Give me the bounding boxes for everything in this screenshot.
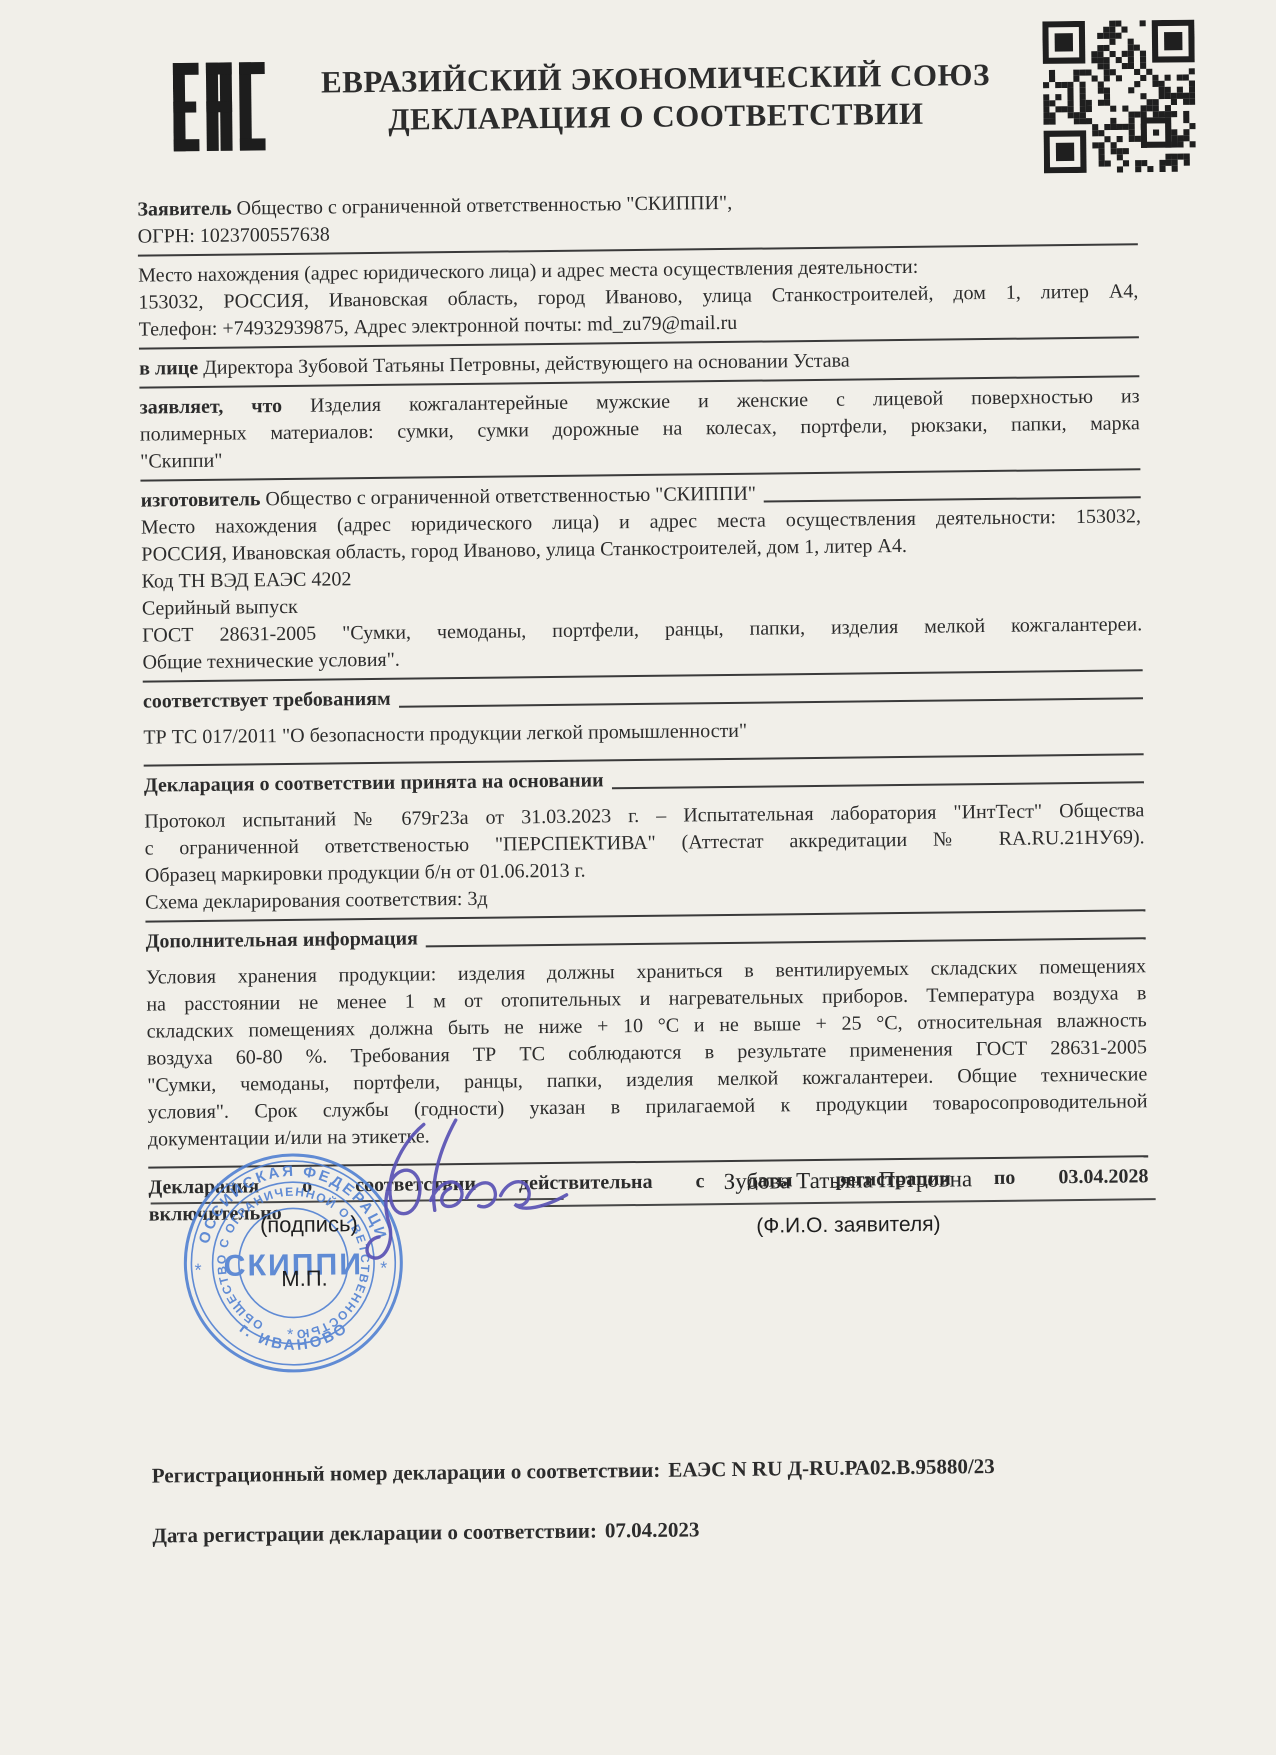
registration-date-label: Дата регистрации декларации о соответств… xyxy=(152,1519,597,1548)
applicant-section: Заявитель Общество с ограниченной ответс… xyxy=(137,182,1138,256)
manufacturer-label: изготовитель xyxy=(141,488,261,511)
applicant-label: Заявитель xyxy=(137,198,231,221)
document-header: ЕВРАЗИЙСКИЙ ЭКОНОМИЧЕСКИЙ СОЮЗ ДЕКЛАРАЦИ… xyxy=(278,55,1034,140)
document-body: Заявитель Общество с ограниченной ответс… xyxy=(137,182,1149,1228)
complies-section: соответствует требованиям ТР ТС 017/2011… xyxy=(143,671,1144,766)
basis-section: Декларация о соответствии принята на осн… xyxy=(144,755,1146,922)
registration-date-value: 07.04.2023 xyxy=(597,1517,700,1542)
additional-section: Дополнительная информация Условия хранен… xyxy=(145,911,1148,1168)
registration-date-row: Дата регистрации декларации о соответств… xyxy=(152,1512,1212,1549)
person-line: в лице Директора Зубовой Татьяны Петровн… xyxy=(139,344,1139,382)
eac-logo xyxy=(173,56,266,157)
manufacturer-section: изготовитель Общество с ограниченной отв… xyxy=(140,470,1142,682)
applicant-fio: Зубова Татьяна Петровна xyxy=(540,1164,1155,1197)
declares-label: заявляет, что xyxy=(140,395,283,419)
additional-label: Дополнительная информация xyxy=(146,926,418,956)
fio-line xyxy=(541,1198,1156,1207)
fill-line xyxy=(764,496,1141,502)
signature-ink xyxy=(338,1111,580,1284)
declares-section: заявляет, что Изделия кожгалантерейные м… xyxy=(139,377,1140,481)
stamp-star-left: * xyxy=(194,1260,201,1280)
registration-number-row: Регистрационный номер декларации о соотв… xyxy=(152,1452,1212,1489)
qr-code xyxy=(1042,20,1196,174)
complies-label: соответствует требованиям xyxy=(143,686,391,716)
basis-label: Декларация о соответствии принята на осн… xyxy=(144,767,604,799)
signature-area: (подпись) М.П. Зубова Татьяна Петровна (… xyxy=(148,1134,1158,1385)
person-name: Директора Зубовой Татьяны Петровны, дейс… xyxy=(203,350,850,379)
scanned-document: ЕВРАЗИЙСКИЙ ЭКОНОМИЧЕСКИЙ СОЮЗ ДЕКЛАРАЦИ… xyxy=(0,0,1276,1755)
applicant-address-section: Место нахождения (адрес юридического лиц… xyxy=(138,245,1139,349)
stamp-place-label: М.П. xyxy=(254,1265,354,1292)
registration-number-value: ЕАЭС N RU Д-RU.РА02.В.95880/23 xyxy=(660,1454,995,1482)
registration-number-label: Регистрационный номер декларации о соотв… xyxy=(152,1458,661,1488)
signature-caption: (подпись) xyxy=(209,1211,409,1239)
fio-caption: (Ф.И.О. заявителя) xyxy=(541,1210,1156,1241)
fill-line xyxy=(612,781,1144,789)
applicant-name: Общество с ограниченной ответственностью… xyxy=(236,192,732,220)
document-title: ДЕКЛАРАЦИЯ О СООТВЕТСТВИИ xyxy=(278,93,1033,140)
person-label: в лице xyxy=(139,357,198,380)
manufacturer-name: Общество с ограниченной ответственностью… xyxy=(265,483,756,511)
stamp-star-bottom: * xyxy=(287,1326,294,1344)
